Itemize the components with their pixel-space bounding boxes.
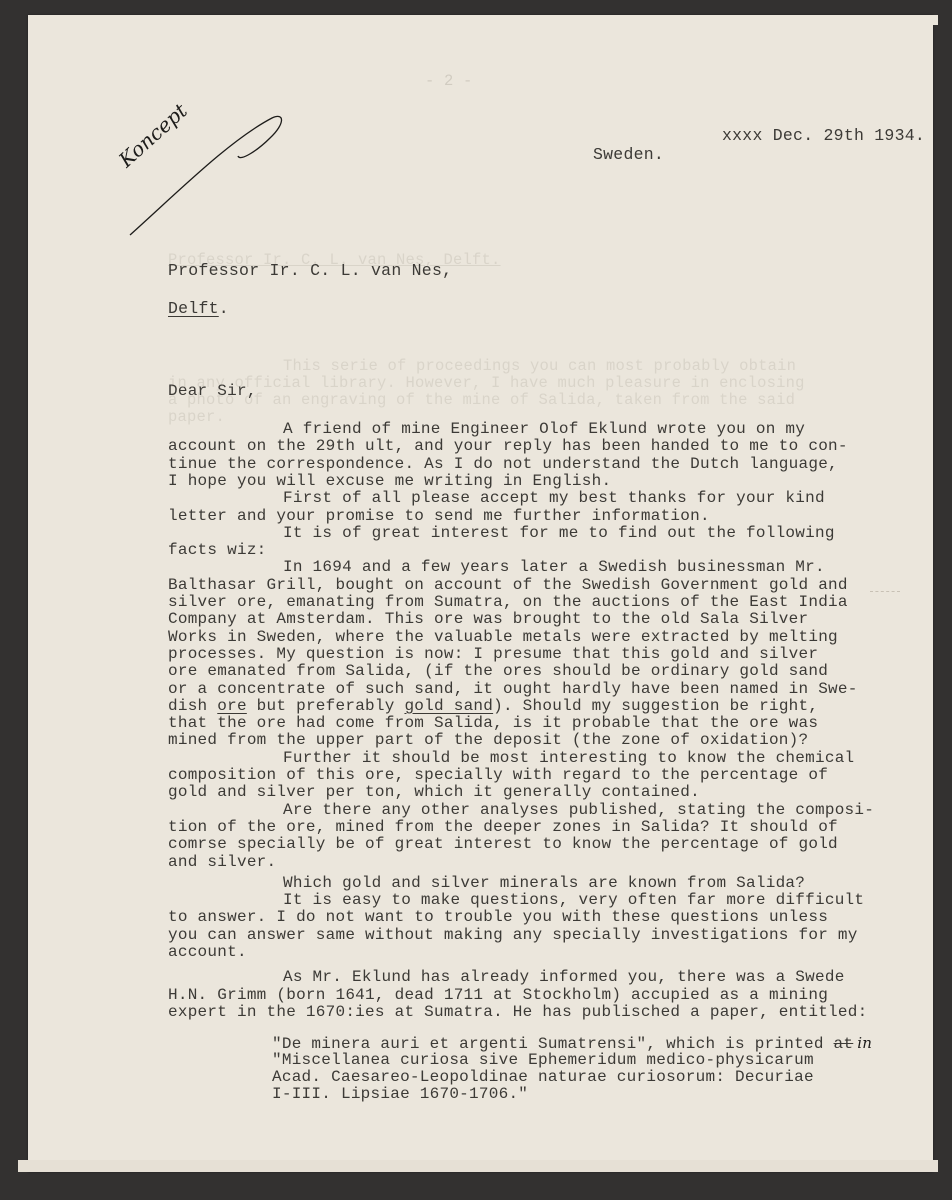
body-text: dish [168, 697, 217, 715]
body-line: Are there any other analyses published, … [283, 802, 874, 819]
body-line: letter and your promise to send me furth… [168, 508, 710, 525]
body-text: but preferably [247, 697, 405, 715]
body-line: In 1694 and a few years later a Swedish … [283, 559, 825, 576]
body-line: silver ore, emanating from Sumatra, on t… [168, 594, 848, 611]
citation-line-3: Acad. Caesareo-Leopoldinae naturae curio… [272, 1069, 814, 1086]
body-line: dish ore but preferably gold sand). Shou… [168, 698, 818, 715]
body-line: Works in Sweden, where the valuable meta… [168, 629, 838, 646]
koncept-annotation: Koncept [120, 110, 290, 250]
body-line: As Mr. Eklund has already informed you, … [283, 969, 845, 986]
body-line: ore emanated from Salida, (if the ores s… [168, 663, 828, 680]
citation-line-4: I-III. Lipsiae 1670-1706." [272, 1086, 528, 1103]
letter-date: xxxx Dec. 29th 1934. [722, 127, 925, 144]
body-line: It is of great interest for me to find o… [283, 525, 835, 542]
bleed-line: paper. [168, 409, 225, 426]
underlined-term: gold sand [404, 697, 493, 715]
bleed-line: a photo of an engraving of the mine of S… [168, 392, 795, 409]
body-line: A friend of mine Engineer Olof Eklund wr… [283, 421, 805, 438]
recipient-city: Delft [168, 299, 219, 318]
body-line: and silver. [168, 854, 276, 871]
body-line: tinue the correspondence. As I do not un… [168, 456, 838, 473]
body-line: tion of the ore, mined from the deeper z… [168, 819, 838, 836]
body-line: I hope you will excuse me writing in Eng… [168, 473, 611, 490]
body-line: you can answer same without making any s… [168, 927, 858, 944]
body-line: Which gold and silver minerals are known… [283, 875, 805, 892]
page-edge-bottom [18, 1160, 938, 1172]
body-line: composition of this ore, specially with … [168, 767, 828, 784]
underlined-term: ore [217, 697, 247, 715]
bleed-line: This serie of proceedings you can most p… [283, 358, 796, 375]
bleed-page-number: - 2 - [425, 73, 473, 90]
body-line: It is easy to make questions, very often… [283, 892, 864, 909]
body-line: account on the 29th ult, and your reply … [168, 438, 848, 455]
body-line: expert in the 1670:ies at Sumatra. He ha… [168, 1004, 867, 1021]
body-line: account. [168, 944, 247, 961]
body-line: to answer. I do not want to trouble you … [168, 909, 828, 926]
body-line: First of all please accept my best thank… [283, 490, 825, 507]
handwritten-correction: in [857, 1034, 872, 1052]
body-line: mined from the upper part of the deposit… [168, 732, 808, 749]
letter-place: Sweden. [593, 146, 664, 163]
body-line: that the ore had come from Salida, is it… [168, 715, 818, 732]
body-line: processes. My question is now: I presume… [168, 646, 818, 663]
salutation: Dear Sir, [168, 383, 257, 400]
body-line: facts wiz: [168, 542, 267, 559]
body-line: Company at Amsterdam. This ore was broug… [168, 611, 808, 628]
body-line: H.N. Grimm (born 1641, dead 1711 at Stoc… [168, 987, 828, 1004]
bleed-line: in any official library. However, I have… [168, 375, 805, 392]
page-edge [28, 15, 938, 25]
body-line: or a concentrate of such sand, it ought … [168, 681, 858, 698]
body-line: comrse specially be of great interest to… [168, 836, 838, 853]
recipient-city-punct: . [219, 299, 229, 318]
struck-word: at [834, 1035, 854, 1053]
margin-pencil-mark [870, 591, 900, 592]
body-line: Further it should be most interesting to… [283, 750, 854, 767]
citation-line-2: "Miscellanea curiosa sive Ephemeridum me… [272, 1052, 814, 1069]
body-text: ). Should my suggestion be right, [493, 697, 818, 715]
body-line: Balthasar Grill, bought on account of th… [168, 577, 848, 594]
recipient-name: Professor Ir. C. L. van Nes, [168, 262, 452, 279]
body-line: gold and silver per ton, which it genera… [168, 784, 700, 801]
recipient-city-line: Delft. [168, 300, 229, 317]
